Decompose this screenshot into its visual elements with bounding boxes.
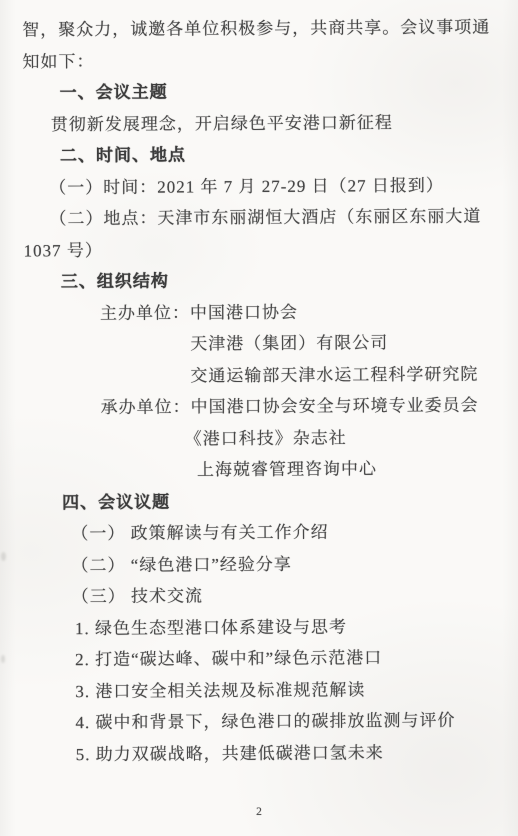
document-line: （二） “绿色港口”经验分享 [71, 547, 497, 581]
document-line: 贯彻新发展理念，开启绿色平安港口新征程 [51, 106, 495, 140]
scan-artifact [1, 655, 5, 663]
document-line: 4. 碳中和背景下，绿色港口的碳排放监测与评价 [75, 705, 498, 739]
document-line: 上海兢睿管理咨询中心 [197, 453, 497, 486]
section-heading: 三、组织结构 [61, 264, 496, 298]
document-line: 1037 号） [24, 232, 496, 266]
document-line: 2. 打造“碳达峰、碳中和”绿色示范港口 [75, 642, 498, 676]
document-line: 3. 港口安全相关法规及标准规范解读 [75, 673, 498, 707]
section-heading: 四、会议议题 [62, 484, 497, 518]
document-line: （一） 政策解读与有关工作介绍 [71, 516, 497, 550]
document-line: 天津港（集团）有限公司 [190, 327, 496, 360]
document-line: 知如下： [22, 43, 494, 77]
document-line: 智，聚众力，诚邀各单位积极参与，共商共享。会议事项通 [22, 12, 494, 46]
section-heading: 二、时间、地点 [60, 138, 495, 172]
document-line: 承办单位：中国港口协会安全与环境专业委员会 [100, 390, 496, 424]
section-heading: 一、会议主题 [60, 75, 495, 109]
scanned-document-page: 智，聚众力，诚邀各单位积极参与，共商共享。会议事项通知如下：一、会议主题贯彻新发… [0, 0, 518, 836]
document-line: 主办单位：中国港口协会 [100, 295, 496, 329]
document-line: （三） 技术交流 [72, 579, 498, 613]
document-line: 《港口科技》杂志社 [185, 421, 497, 454]
document-line: （一）时间：2021 年 7 月 27-29 日（27 日报到） [49, 169, 495, 203]
page-number: 2 [0, 806, 518, 818]
scan-artifact [1, 552, 6, 561]
document-line: 1. 绿色生态型港口体系建设与思考 [75, 610, 498, 644]
document-line: 交通运输部天津水运工程科学研究院 [190, 358, 496, 391]
document-line: （二）地点：天津市东丽湖恒大酒店（东丽区东丽大道 [49, 201, 495, 235]
document-body: 智，聚众力，诚邀各单位积极参与，共商共享。会议事项通知如下：一、会议主题贯彻新发… [22, 12, 499, 771]
document-line: 5. 助力双碳战略，共建低碳港口氢未来 [76, 736, 499, 770]
